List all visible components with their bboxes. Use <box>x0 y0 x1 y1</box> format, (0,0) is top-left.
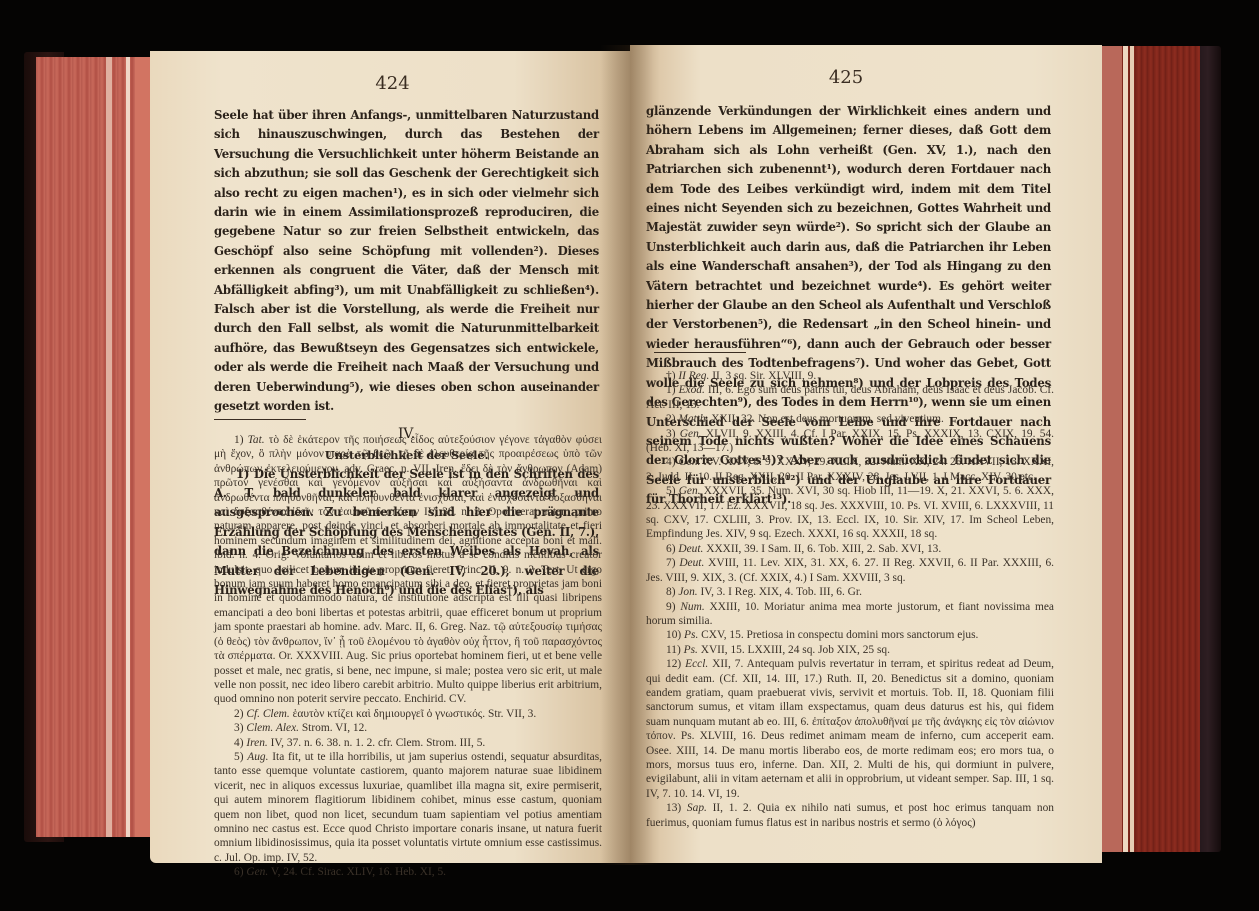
footnote: 5) Aug. Ita fit, ut te illa horribilis, … <box>214 750 602 865</box>
page-edges-left <box>36 57 151 837</box>
footnote: 3) Clem. Alex. Strom. VI, 12. <box>214 721 602 735</box>
footnote: 1) Tat. τὸ δὲ ἑκάτερον τῆς ποιήσεως εἶδο… <box>214 433 602 707</box>
footnote: 13) Sap. II, 1. 2. Quia ex nihilo nati s… <box>646 801 1054 830</box>
page-number: 425 <box>610 67 1082 88</box>
footnote: 2) Matth. XXII, 32. Non est deus mortuor… <box>646 412 1054 426</box>
page-edges-right <box>1100 46 1200 852</box>
footnote: 6) Deut. XXXII, 39. I Sam. II, 6. Tob. X… <box>646 542 1054 556</box>
footnote: †) II Reg. II, 3 sq. Sir. XLVIII, 9. <box>646 369 1054 383</box>
left-page: 424 Seele hat über ihren Anfangs-, unmit… <box>150 51 635 863</box>
paragraph: Seele hat über ihren Anfangs-, unmittelb… <box>214 106 599 417</box>
footnote: 11) Ps. XVII, 15. LXXIII, 24 sq. Job XIX… <box>646 643 1054 657</box>
footnote: 4) Gen. XV. XXV, 8. 9. XXXV, 29. XLIX, 3… <box>646 455 1054 484</box>
footnote: 10) Ps. CXV, 15. Pretiosa in conspectu d… <box>646 628 1054 642</box>
right-page: 425 glänzende Verkündungen der Wirklichk… <box>630 45 1102 863</box>
footnotes: †) II Reg. II, 3 sq. Sir. XLVIII, 9. 1) … <box>646 369 1054 830</box>
footnote-divider <box>214 419 306 420</box>
footnote: 7) Deut. XVIII, 11. Lev. XIX, 31. XX, 6.… <box>646 556 1054 585</box>
footnote: 6) Gen. V, 24. Cf. Sirac. XLIV, 16. Heb.… <box>214 865 602 879</box>
footnote: 2) Cf. Clem. ἑαυτὸν κτίζει καὶ δημιουργε… <box>214 707 602 721</box>
footnote: 8) Jon. IV, 3. I Reg. XIX, 4. Tob. III, … <box>646 585 1054 599</box>
page-number: 424 <box>150 73 635 94</box>
footnote: 12) Eccl. XII, 7. Antequam pulvis revert… <box>646 657 1054 801</box>
footnote: 1) Exod. III, 6. Ego sum deus patris tui… <box>646 383 1054 412</box>
footnotes: 1) Tat. τὸ δὲ ἑκάτερον τῆς ποιήσεως εἶδο… <box>214 433 602 880</box>
footnote-divider <box>654 352 746 353</box>
footnote: 9) Num. XXIII, 10. Moriatur anima mea mo… <box>646 600 1054 629</box>
footnote: 5) Gen. XXXVII, 35. Num. XVI, 30 sq. Hio… <box>646 484 1054 542</box>
footnote: 3) Gen. XLVII, 9. XXIII, 4. Cf. I Par. X… <box>646 427 1054 456</box>
footnote: 4) Iren. IV, 37. n. 6. 38. n. 1. 2. cfr.… <box>214 736 602 750</box>
